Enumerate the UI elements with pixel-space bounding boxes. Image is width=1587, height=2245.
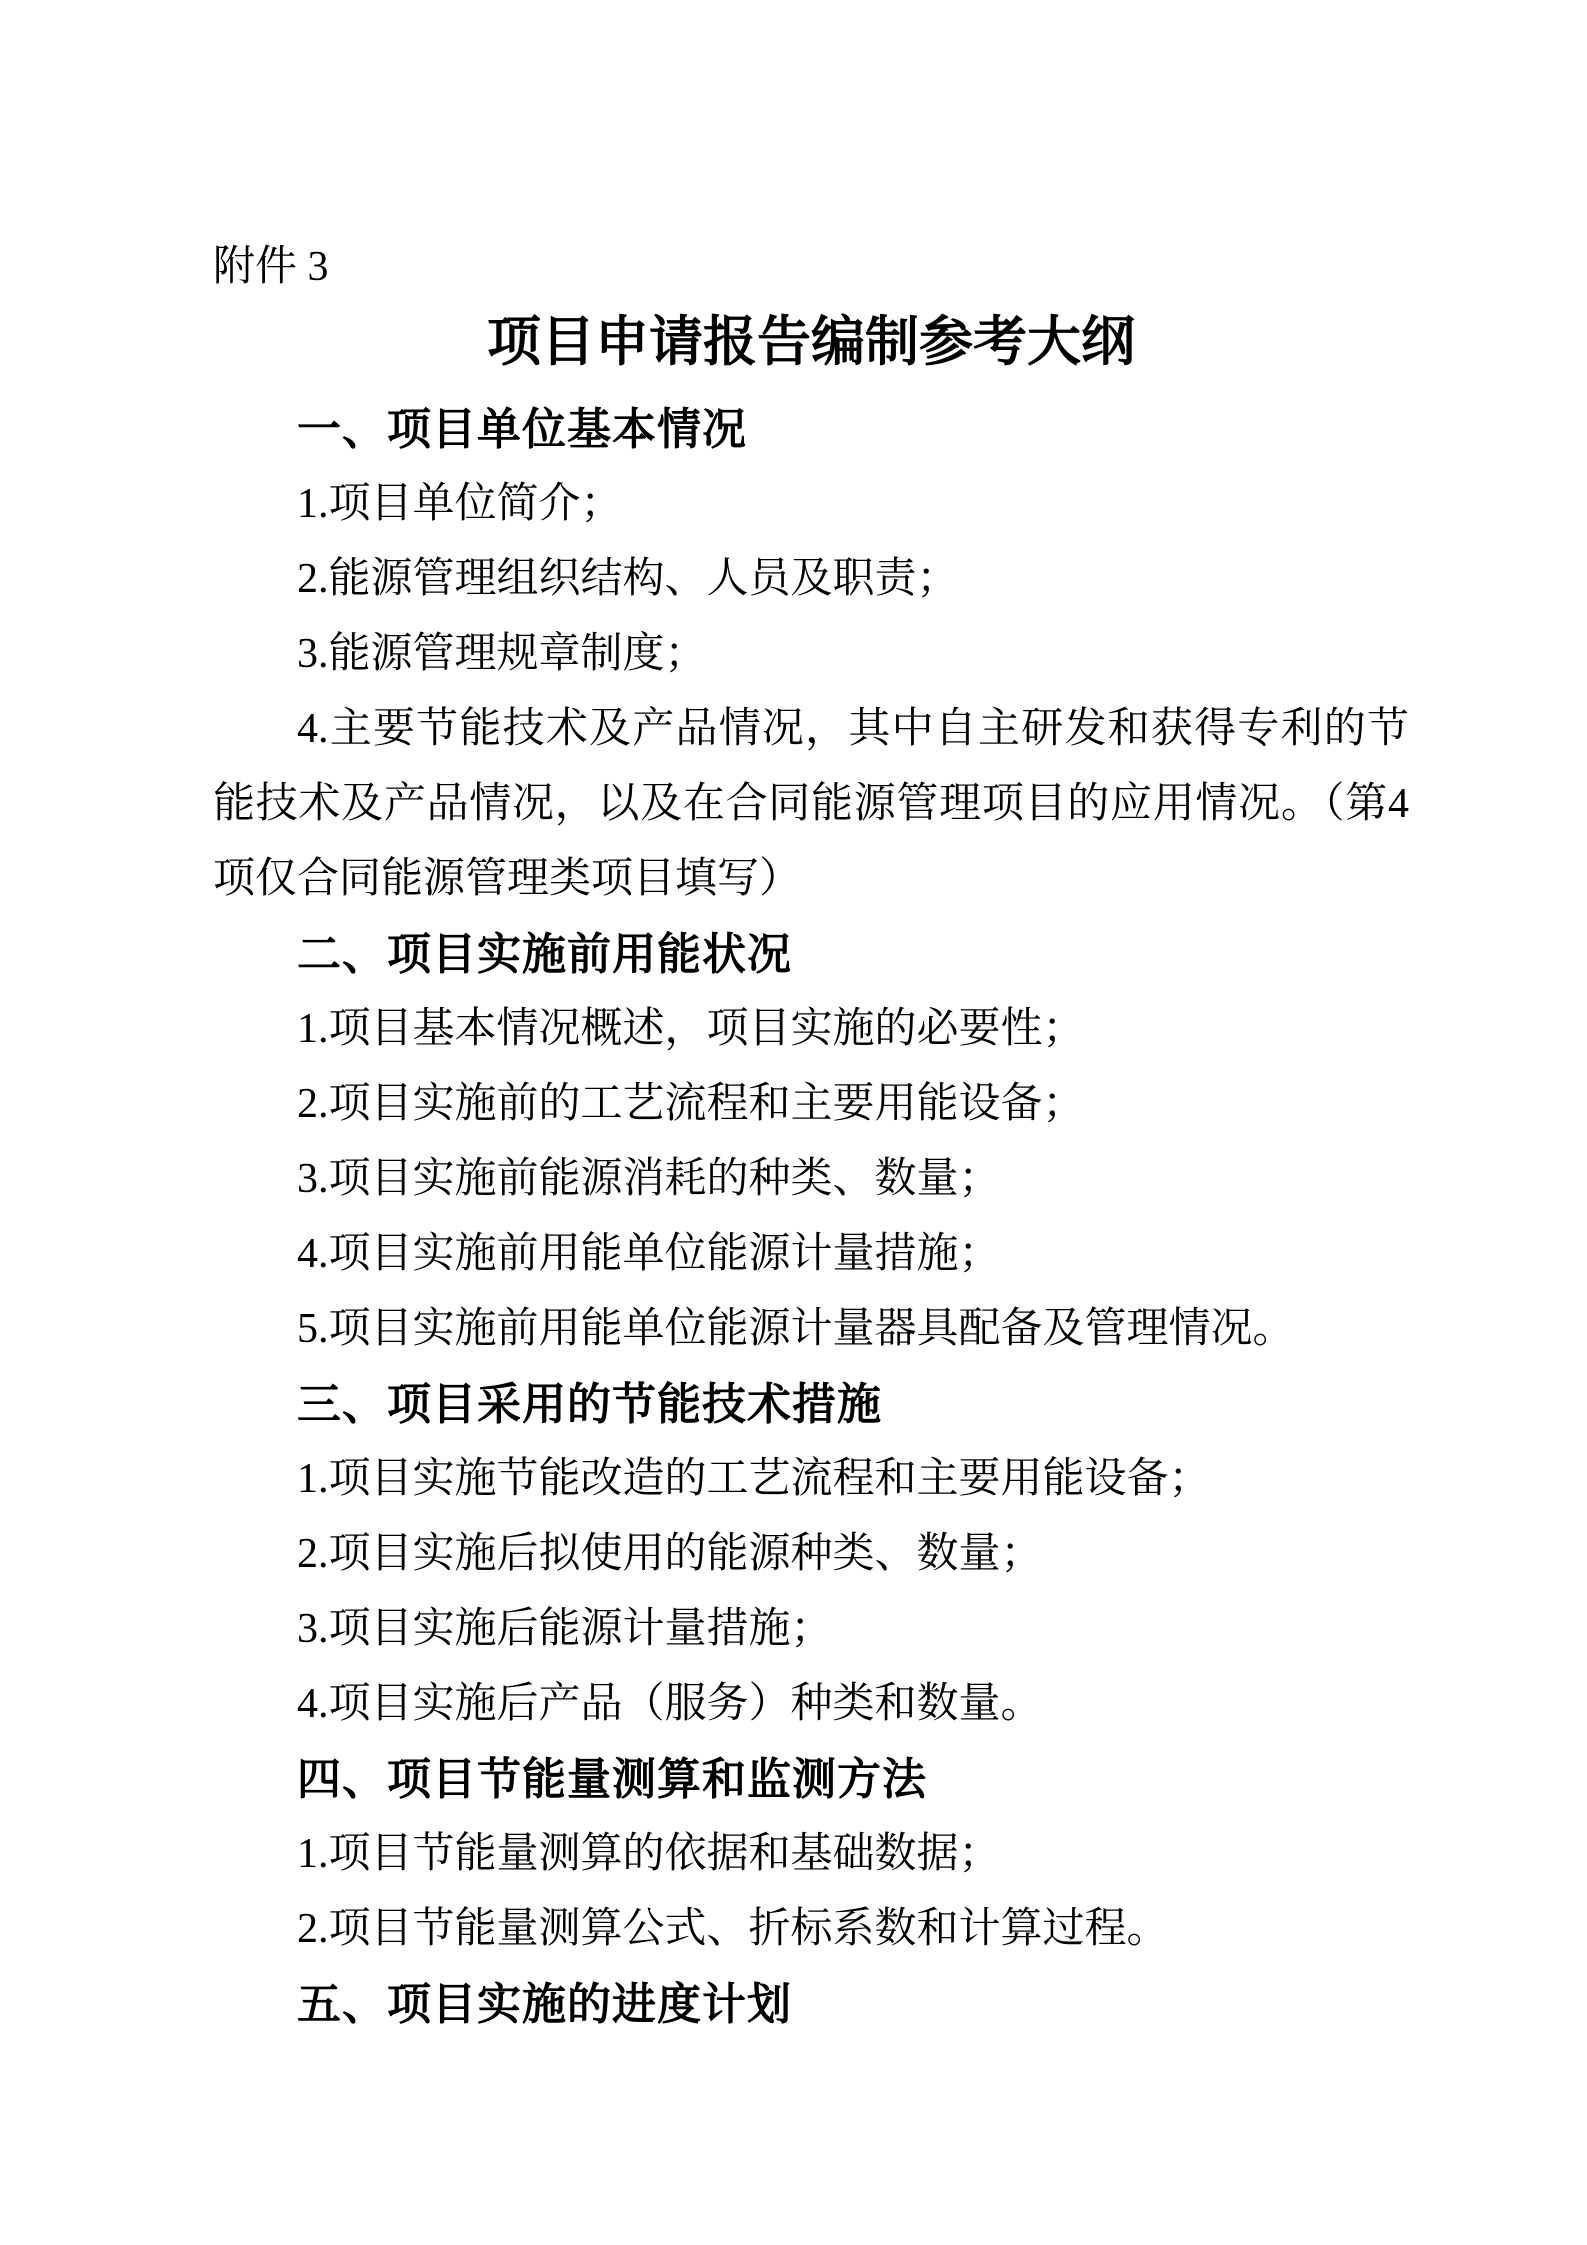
section-heading-1: 一、项目单位基本情况 (213, 392, 1409, 467)
outline-item: 2.项目实施前的工艺流程和主要用能设备； (213, 1067, 1409, 1142)
section-heading-2: 二、项目实施前用能状况 (213, 917, 1409, 992)
outline-item: 2.能源管理组织结构、人员及职责； (213, 542, 1409, 617)
outline-item: 4.主要节能技术及产品情况，其中自主研发和获得专利的节能技术及产品情况，以及在合… (213, 692, 1409, 917)
outline-item: 4.项目实施后产品（服务）种类和数量。 (213, 1667, 1409, 1742)
doc-title: 项目申请报告编制参考大纲 (213, 305, 1409, 380)
outline-item: 3.能源管理规章制度； (213, 617, 1409, 692)
outline-item: 1.项目单位简介； (213, 467, 1409, 542)
outline-item: 5.项目实施前用能单位能源计量器具配备及管理情况。 (213, 1292, 1409, 1367)
outline-item: 1.项目基本情况概述，项目实施的必要性； (213, 992, 1409, 1067)
outline-item: 3.项目实施后能源计量措施； (213, 1592, 1409, 1667)
attachment-label: 附件 3 (213, 230, 1409, 305)
document-page: 附件 3 项目申请报告编制参考大纲 一、项目单位基本情况 1.项目单位简介； 2… (0, 0, 1587, 2245)
section-heading-5: 五、项目实施的进度计划 (213, 1967, 1409, 2042)
outline-item: 1.项目节能量测算的依据和基础数据； (213, 1817, 1409, 1892)
section-heading-3: 三、项目采用的节能技术措施 (213, 1367, 1409, 1442)
document-content: 附件 3 项目申请报告编制参考大纲 一、项目单位基本情况 1.项目单位简介； 2… (0, 0, 1587, 2042)
outline-item: 1.项目实施节能改造的工艺流程和主要用能设备； (213, 1442, 1409, 1517)
outline-item: 3.项目实施前能源消耗的种类、数量； (213, 1142, 1409, 1217)
outline-item: 4.项目实施前用能单位能源计量措施； (213, 1217, 1409, 1292)
outline-item: 2.项目实施后拟使用的能源种类、数量； (213, 1517, 1409, 1592)
outline-item: 2.项目节能量测算公式、折标系数和计算过程。 (213, 1892, 1409, 1967)
section-heading-4: 四、项目节能量测算和监测方法 (213, 1742, 1409, 1817)
